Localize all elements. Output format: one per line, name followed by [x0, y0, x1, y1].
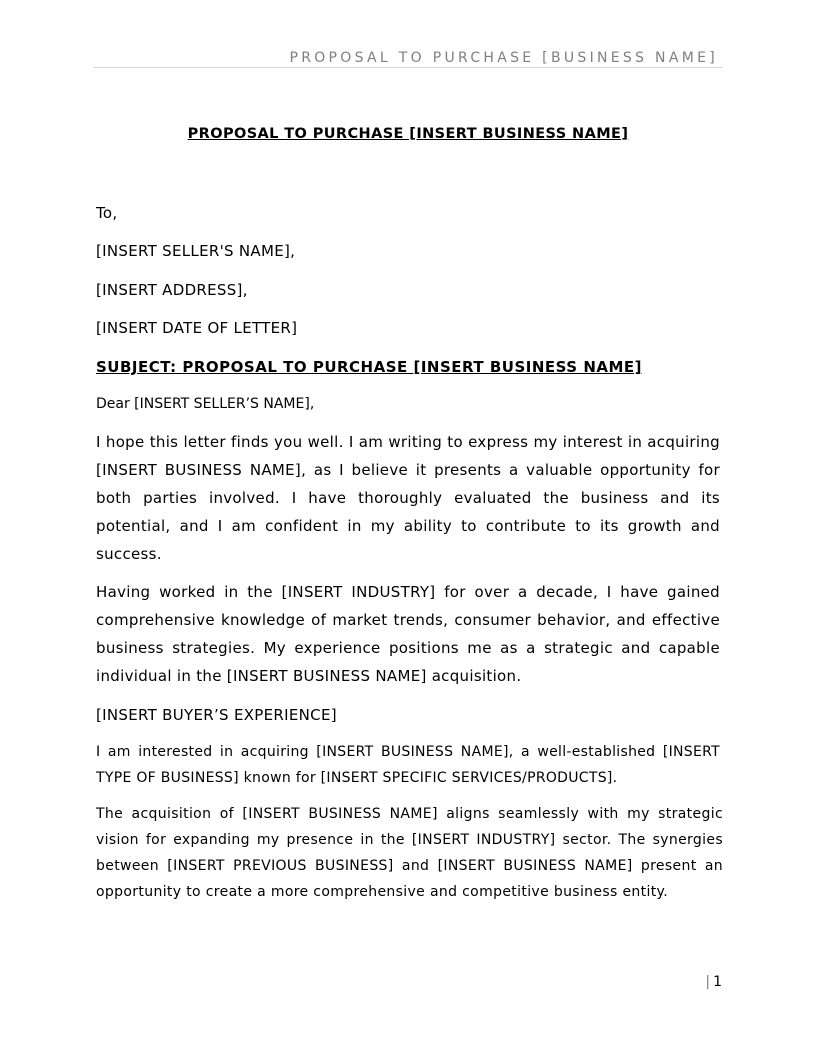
- salutation: Dear [INSERT SELLER’S NAME],: [96, 396, 314, 412]
- buyer-experience-placeholder: [INSERT BUYER’S EXPERIENCE]: [96, 706, 720, 724]
- address-line-date: [INSERT DATE OF LETTER]: [96, 319, 297, 337]
- address-line-address: [INSERT ADDRESS],: [96, 281, 248, 299]
- footer-separator: |: [705, 974, 710, 990]
- subject-line: SUBJECT: PROPOSAL TO PURCHASE [INSERT BU…: [96, 358, 642, 376]
- address-line-seller-name: [INSERT SELLER'S NAME],: [96, 242, 295, 260]
- body-paragraph-intro: I hope this letter finds you well. I am …: [96, 428, 720, 568]
- page-number: 1: [713, 974, 722, 990]
- page-footer: |1: [700, 974, 722, 990]
- running-header-title: PROPOSAL TO PURCHASE [BUSINESS NAME]: [289, 50, 722, 66]
- page-header: PROPOSAL TO PURCHASE [BUSINESS NAME]: [94, 47, 722, 68]
- document-title: PROPOSAL TO PURCHASE [INSERT BUSINESS NA…: [0, 126, 816, 142]
- address-line-to: To,: [96, 204, 117, 222]
- document-page: PROPOSAL TO PURCHASE [BUSINESS NAME] PRO…: [0, 0, 816, 1056]
- body-paragraph-experience: Having worked in the [INSERT INDUSTRY] f…: [96, 578, 720, 690]
- body-paragraph-synergies: The acquisition of [INSERT BUSINESS NAME…: [96, 801, 723, 905]
- body-paragraph-interest: I am interested in acquiring [INSERT BUS…: [96, 739, 720, 791]
